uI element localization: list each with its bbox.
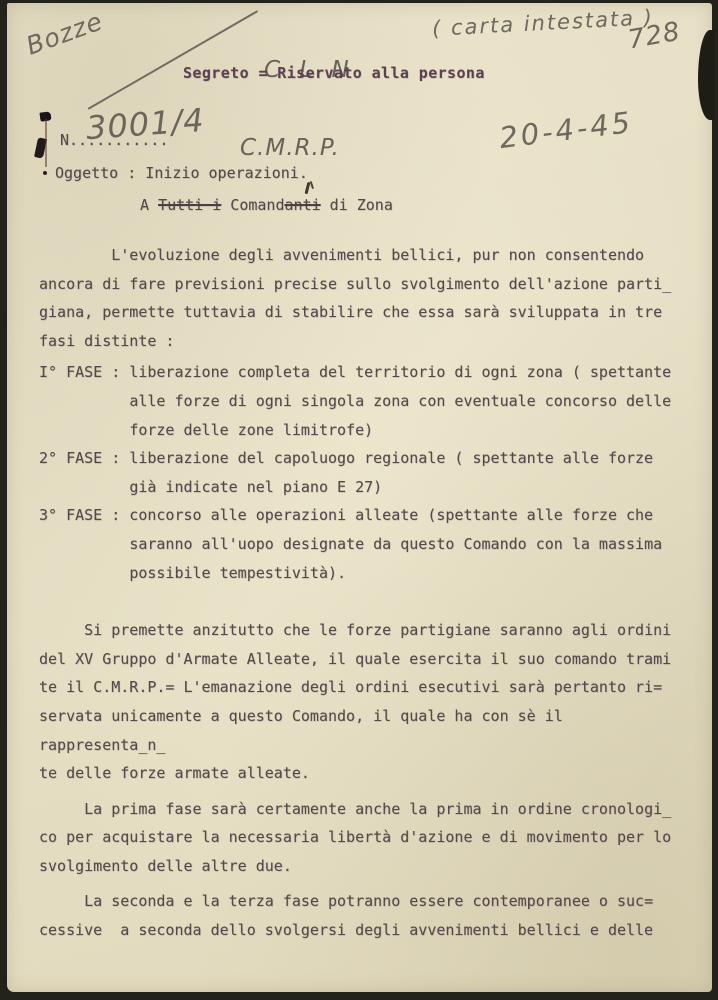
classification-line: Segreto = Riservato alla persona bbox=[183, 64, 485, 82]
pencil-slash-mark bbox=[88, 10, 259, 110]
body-paragraph-command: Si premette anzitutto che le forze parti… bbox=[39, 616, 694, 788]
letter-body: L'evoluzione degli avvenimenti bellici, … bbox=[39, 241, 694, 945]
handwritten-date: 20-4-45 bbox=[497, 105, 634, 155]
torn-edge-notch bbox=[698, 30, 715, 120]
body-paragraph-second-third-phase: La seconda e la terza fase potranno esse… bbox=[39, 887, 694, 944]
phase-3-item: 3° FASE : concorso alle operazioni allea… bbox=[39, 501, 694, 587]
body-paragraph-first-phase: La prima fase sarà certamente anche la p… bbox=[39, 795, 694, 881]
handwritten-corner-note: Bozze bbox=[22, 6, 106, 60]
org-acronym-cmrp: C.M.R.P. bbox=[240, 135, 355, 161]
body-paragraph-intro: L'evoluzione degli avvenimenti bellici, … bbox=[39, 241, 694, 355]
recipient-line: A Tutti i Comandanti di Zona bbox=[140, 196, 393, 214]
ink-smudge-line bbox=[45, 119, 47, 167]
recipient-struck-words: Tutti i bbox=[158, 196, 221, 214]
handwritten-letterhead-note: ( carta intestata ) bbox=[432, 5, 655, 41]
recipient-struck-suffix: anti bbox=[285, 196, 321, 214]
recipient-kept-text: Comand bbox=[221, 196, 284, 214]
phase-2-item: 2° FASE : liberazione del capoluogo regi… bbox=[39, 444, 694, 501]
handwritten-protocol-number: 3001/4 bbox=[85, 101, 206, 147]
recipient-prefix: A bbox=[140, 196, 158, 214]
ink-dot bbox=[43, 171, 47, 175]
document-page: Bozze C L N C.M.R.P. ( carta intestata )… bbox=[7, 3, 712, 992]
recipient-rest: di Zona bbox=[321, 196, 393, 214]
scan-border: Bozze C L N C.M.R.P. ( carta intestata )… bbox=[0, 0, 718, 1000]
phase-1-item: I° FASE : liberazione completa del terri… bbox=[39, 358, 694, 444]
subject-line: Oggetto : Inizio operazioni. bbox=[55, 164, 308, 182]
